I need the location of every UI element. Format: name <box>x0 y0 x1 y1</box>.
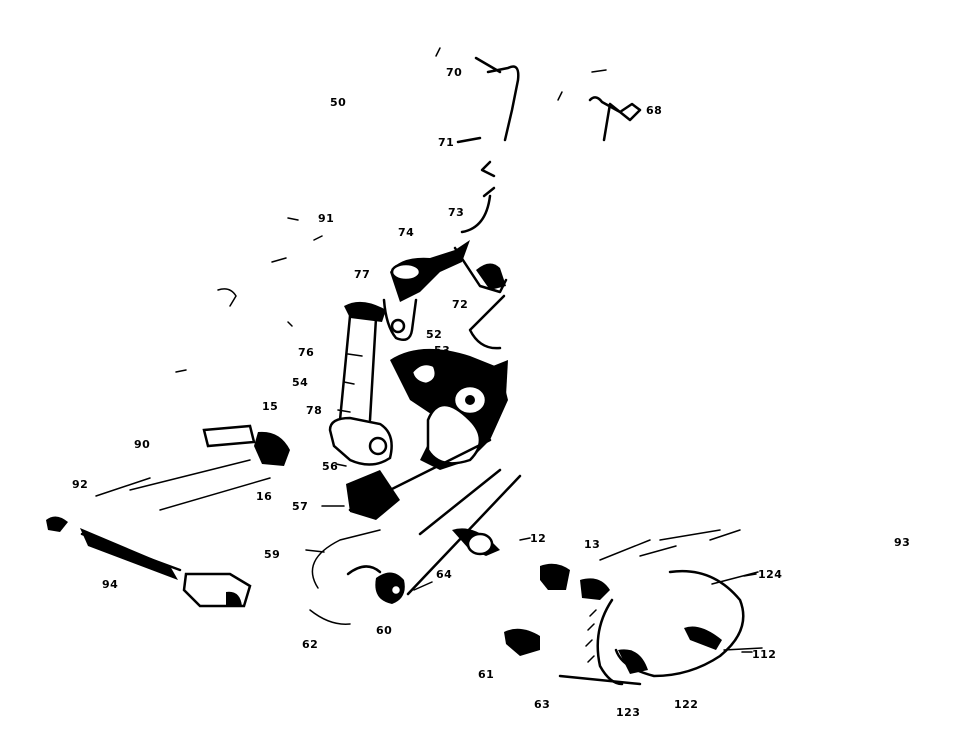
ref-numeral-94: 94 <box>102 578 118 591</box>
ref-numeral-63: 63 <box>534 698 550 711</box>
ref-numeral-123: 123 <box>616 706 640 719</box>
ref-numeral-91: 91 <box>318 212 334 225</box>
ref-numeral-112: 112 <box>752 648 776 661</box>
ref-numeral-61: 61 <box>478 668 494 681</box>
ref-numeral-70: 70 <box>446 66 462 79</box>
bracket-74 <box>384 240 506 348</box>
cam-housing-52 <box>390 349 508 470</box>
ref-numeral-59: 59 <box>264 548 280 561</box>
clip-68 <box>558 70 640 140</box>
ref-numeral-60: 60 <box>376 624 392 637</box>
ref-numeral-73: 73 <box>448 206 464 219</box>
ref-numeral-92: 92 <box>72 478 88 491</box>
ref-numeral-78: 78 <box>306 404 322 417</box>
block-56 <box>330 418 400 520</box>
mechanical-exploded-view <box>0 0 968 750</box>
cylinder-76 <box>340 302 386 420</box>
ref-numeral-13: 13 <box>584 538 600 551</box>
ref-numeral-93: 93 <box>894 536 910 549</box>
ref-numeral-122: 122 <box>674 698 698 711</box>
ref-numeral-15: 15 <box>262 400 278 413</box>
ref-numeral-68: 68 <box>646 104 662 117</box>
ref-numeral-76: 76 <box>298 346 314 359</box>
ref-numeral-54: 54 <box>292 376 308 389</box>
ref-numeral-53: 53 <box>434 344 450 357</box>
ref-numeral-74: 74 <box>398 226 414 239</box>
sprocket-122 <box>560 600 640 684</box>
ref-numeral-64: 64 <box>436 568 452 581</box>
ref-numeral-71: 71 <box>438 136 454 149</box>
ref-numeral-52: 52 <box>426 328 442 341</box>
drum-124 <box>616 530 762 676</box>
ref-numeral-56: 56 <box>322 460 338 473</box>
ref-numeral-124: 124 <box>758 568 782 581</box>
ref-numeral-77: 77 <box>354 268 370 281</box>
ref-numeral-62: 62 <box>302 638 318 651</box>
ref-numeral-50: 50 <box>330 96 346 109</box>
ref-numeral-12: 12 <box>530 532 546 545</box>
bracket-13 <box>504 540 650 656</box>
ref-numeral-57: 57 <box>292 500 308 513</box>
ref-numeral-72: 72 <box>452 298 468 311</box>
ref-numeral-16: 16 <box>256 490 272 503</box>
pulley-60 <box>310 530 405 624</box>
shaft-assembly-90 <box>46 426 290 606</box>
ref-numeral-90: 90 <box>134 438 150 451</box>
